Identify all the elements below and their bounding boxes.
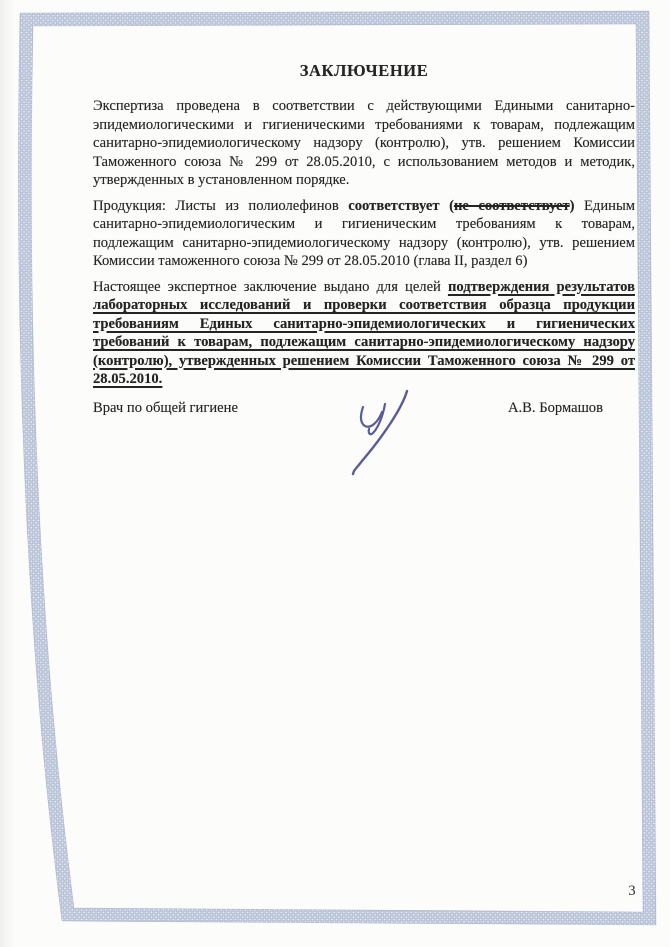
page-number: 3 xyxy=(622,883,642,900)
product-lead-text: Продукция: Листы из полиолефинов xyxy=(93,198,348,214)
verdict-positive-text: соответствует xyxy=(348,198,439,214)
signatory-name: А.В. Бормашов xyxy=(508,399,603,418)
paragraph-product-verdict: Продукция: Листы из полиолефинов соответ… xyxy=(93,197,635,271)
purpose-lead-text: Настоящее экспертное заключение выдано д… xyxy=(93,279,448,295)
verdict-paren-open: ( xyxy=(440,198,454,214)
signature-row: Врач по общей гигиене А.В. Бормашов xyxy=(93,399,635,418)
scanned-document-page: ЗАКЛЮЧЕНИЕ Экспертиза проведена в соотве… xyxy=(0,0,670,947)
document-title: ЗАКЛЮЧЕНИЕ xyxy=(93,61,635,80)
signatory-role-label: Врач по общей гигиене xyxy=(93,399,238,418)
document-body: ЗАКЛЮЧЕНИЕ Экспертиза проведена в соотве… xyxy=(93,61,635,417)
verdict-paren-close: ) xyxy=(570,198,584,214)
paragraph-expertise-text: Экспертиза проведена в соответствии с де… xyxy=(93,98,635,188)
verdict-negative-strikethrough-text: не соответствует xyxy=(454,198,570,214)
paragraph-expertise: Экспертиза проведена в соответствии с де… xyxy=(93,97,635,190)
paragraph-purpose: Настоящее экспертное заключение выдано д… xyxy=(93,278,635,389)
